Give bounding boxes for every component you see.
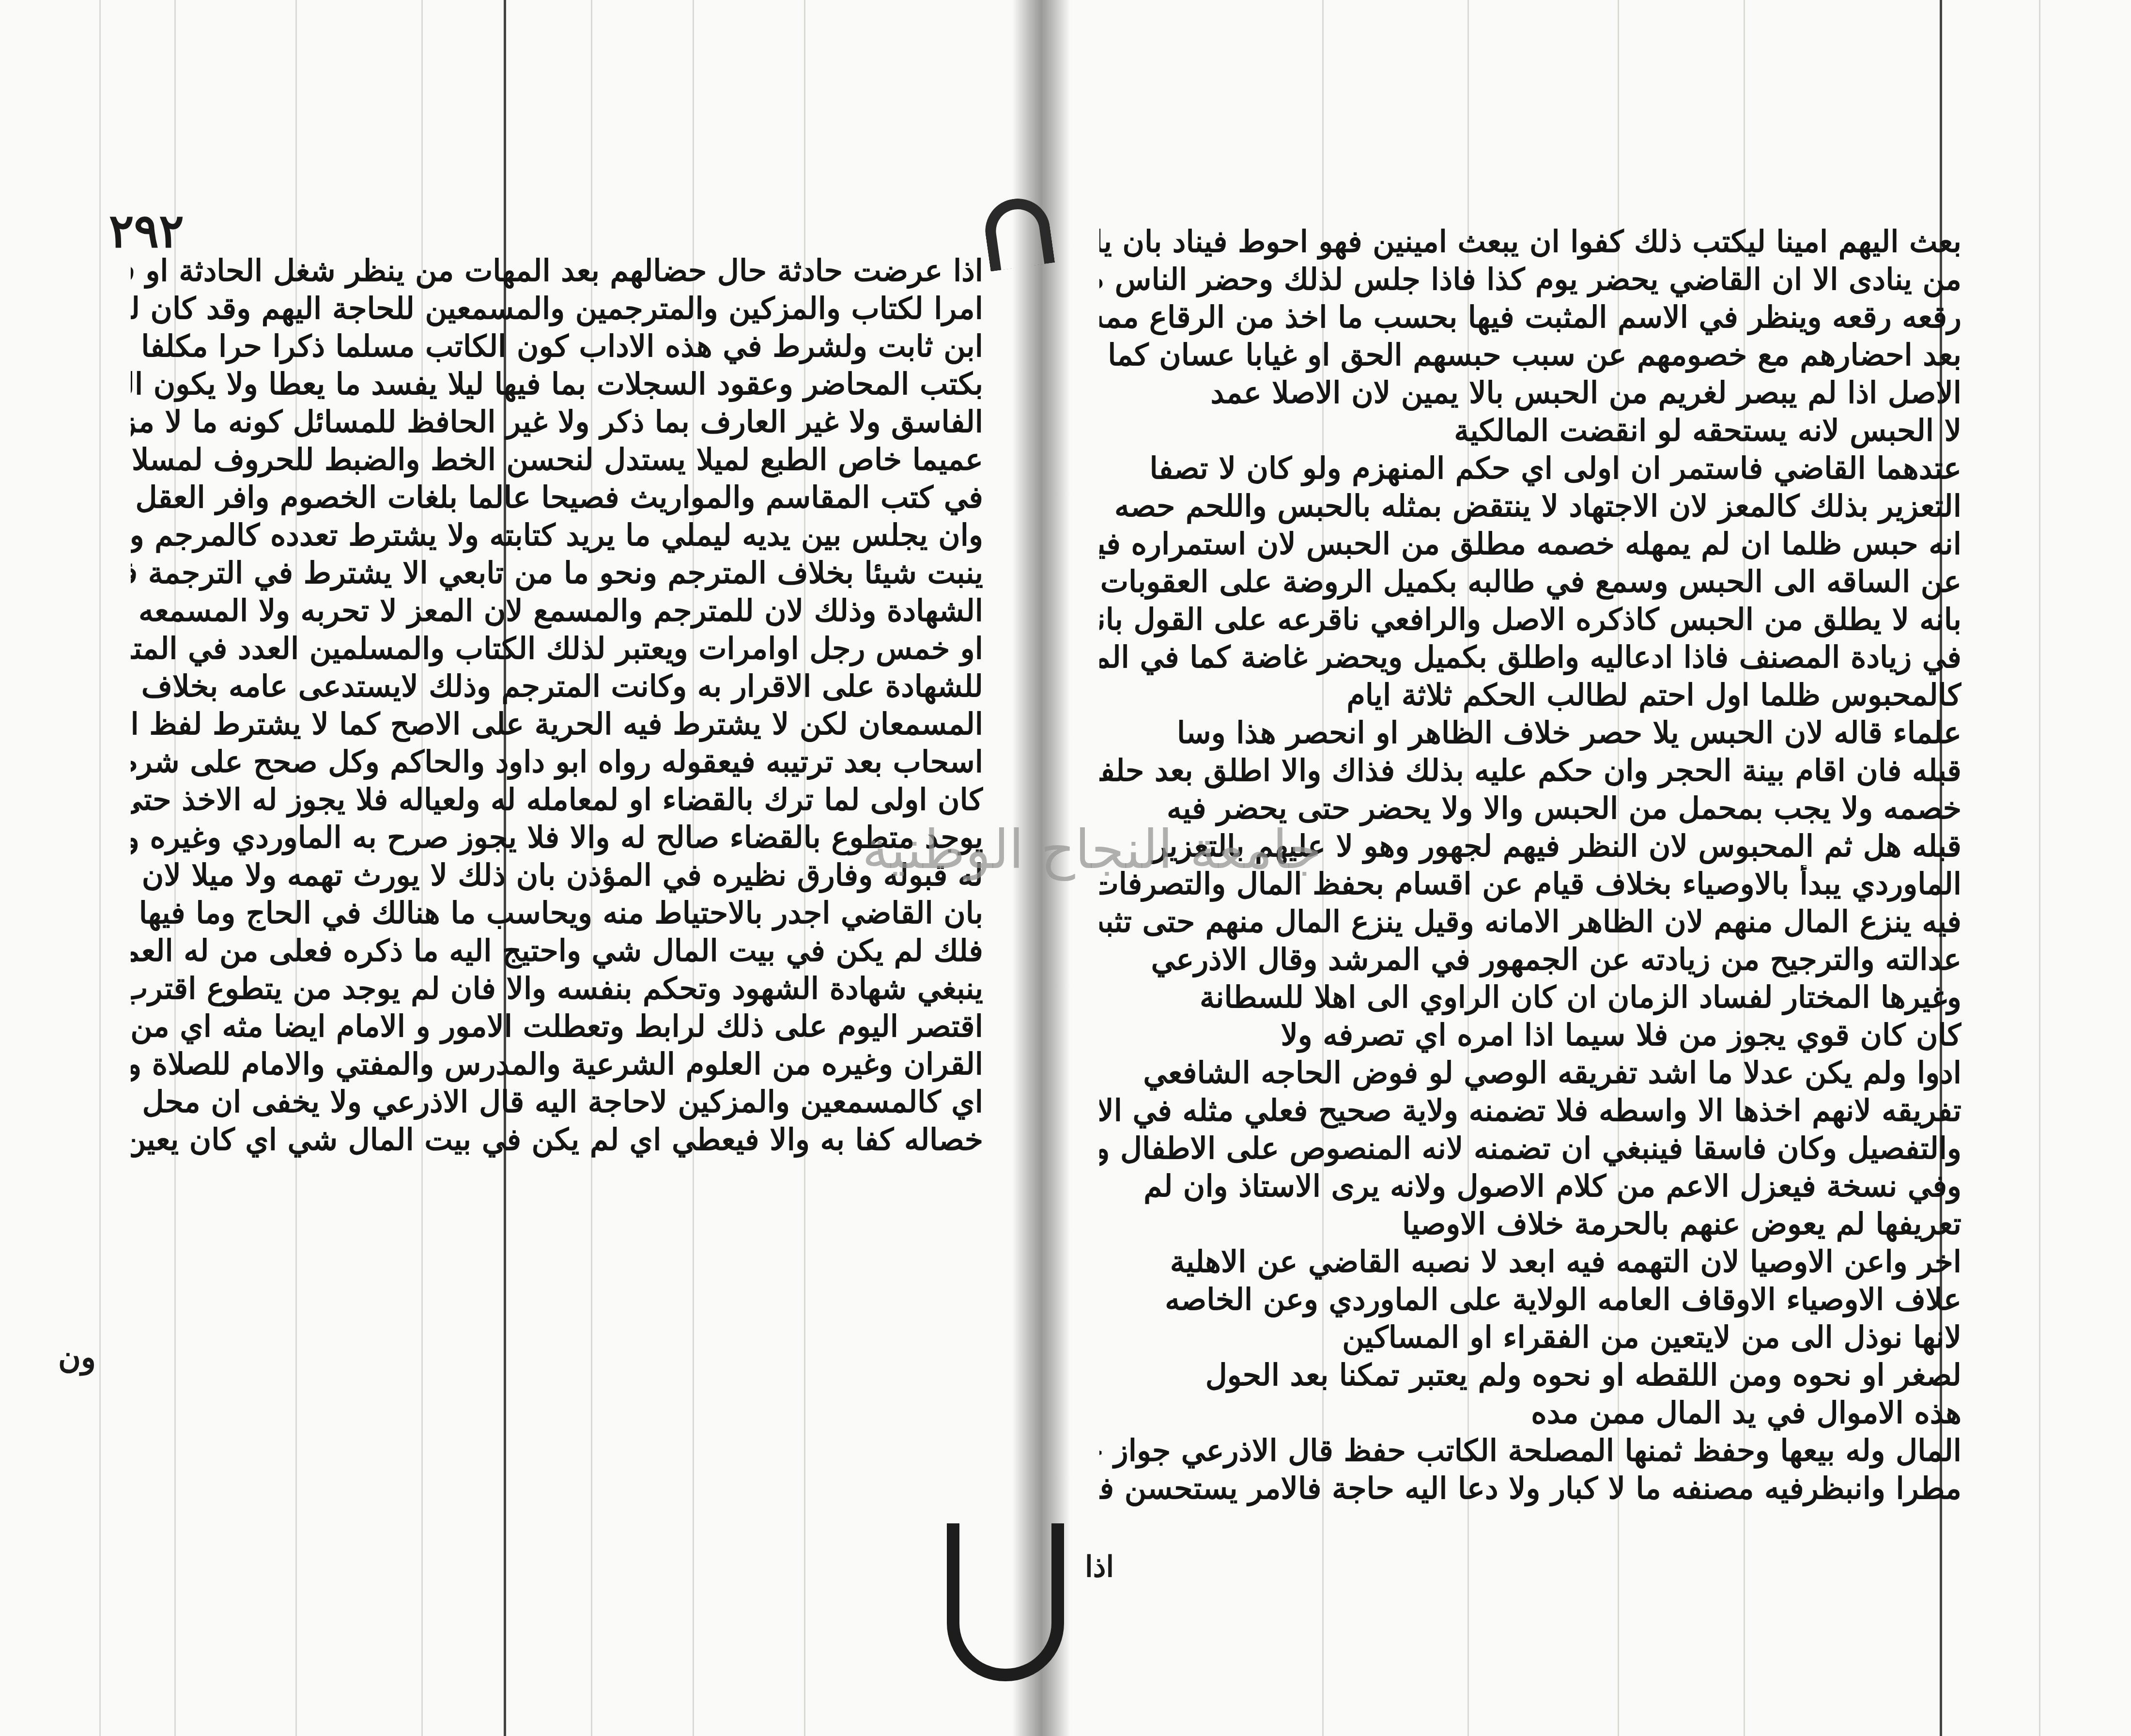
binding-thread-bottom: [947, 1523, 1064, 1681]
catchword: اذا: [1085, 1550, 1114, 1584]
ruling-line: [99, 0, 101, 1736]
text-line: بان القاضي اجدر بالاحتياط منه ويحاسب ما …: [131, 894, 983, 932]
text-line: الفاسق ولا غير العارف بما ذكر ولا غير ال…: [131, 403, 983, 441]
text-line: رقعه رقعه وينظر في الاسم المثبت فيها بحس…: [1099, 298, 1961, 336]
text-line: كان اولى لما ترك بالقضاء او لمعامله له و…: [131, 781, 983, 819]
text-line: تفريقه لانهم اخذها الا واسطه فلا تضمنه و…: [1099, 1092, 1961, 1130]
text-line: [131, 1461, 983, 1499]
text-line: علماء قاله لان الحبس يلا حصر خلاف الظاهر…: [1099, 714, 1961, 752]
text-line: يوجد متطوع بالقضاء صالح له والا فلا يجوز…: [131, 819, 983, 856]
text-line: هذه الاموال في يد المال ممن مده: [1099, 1394, 1961, 1432]
text-line: لانها نوذل الى من لايتعين من الفقراء او …: [1099, 1318, 1961, 1356]
text-line: امرا لكتاب والمزكين والمترجمين والمسمعين…: [131, 290, 983, 327]
text-line: تعريفها لم يعوض عنهم بالحرمة خلاف الاوصي…: [1099, 1205, 1961, 1243]
text-line: المسمعان لكن لا يشترط فيه الحرية على الا…: [131, 705, 983, 743]
text-line: ادوا ولم يكن عدلا ما اشد تفريقه الوصي لو…: [1099, 1054, 1961, 1092]
text-line: عميما خاص الطبع لميلا يستدل لنحسن الخط و…: [131, 441, 983, 479]
left-page-text: اذا عرضت حادثة حال حضالهم بعد المهات من …: [131, 252, 983, 1536]
text-line: [131, 1348, 983, 1385]
text-line: في زيادة المصنف فاذا ادعاليه واطلق بكميل…: [1099, 638, 1961, 676]
text-line: بعث اليهم امينا ليكتب ذلك كفوا ان يبعث ا…: [1099, 223, 1961, 261]
text-line: بانه لا يطلق من الحبس كاذكره الاصل والرا…: [1099, 601, 1961, 638]
text-line: ابن ثابت ولشرط في هذه الاداب كون الكاتب …: [131, 327, 983, 365]
text-line: عدالته والترجيح من زيادته عن الجمهور في …: [1099, 941, 1961, 978]
text-line: الشهادة وذلك لان للمترجم والمسمع لان الم…: [131, 592, 983, 630]
text-line: في كتب المقاسم والمواريث فصيحا عالما بلغ…: [131, 479, 983, 516]
text-line: مطرا وانبظرفيه مصنفه ما لا كبار ولا دعا …: [1099, 1470, 1961, 1507]
text-line: او خمس رجل اوامرات ويعتبر لذلك الكتاب وا…: [131, 630, 983, 667]
text-line: اسحاب بعد ترتيبه فيعقوله رواه ابو داود و…: [131, 743, 983, 781]
text-line: له قبوله وفارق نظيره في المؤذن بان ذلك ل…: [131, 856, 983, 894]
manuscript-scan: ٢٩٢ ون اذا عرضت حادثة حال حضالهم بعد الم…: [0, 0, 2131, 1736]
text-line: التعزير بذلك كالمعز لان الاجتهاد لا ينتق…: [1099, 487, 1961, 525]
text-line: [131, 1196, 983, 1234]
text-line: كان كان قوي يجوز من فلا سيما اذا امره اي…: [1099, 1016, 1961, 1054]
text-line: قبله فان اقام بينة الحجر وان حكم عليه بذ…: [1099, 752, 1961, 790]
text-line: علاف الاوصياء الاوقاف العامه الولاية على…: [1099, 1281, 1961, 1318]
text-line: [131, 1234, 983, 1272]
text-line: [131, 1159, 983, 1196]
text-line: انه حبس ظلما ان لم يمهله خصمه مطلق من ال…: [1099, 525, 1961, 563]
text-line: فيه ينزع المال منهم لان الظاهر الامانه و…: [1099, 903, 1961, 941]
text-line: بعد احضارهم مع خصومهم عن سبب حبسهم الحق …: [1099, 336, 1961, 374]
text-line: [131, 1423, 983, 1461]
text-line: اي كالمسمعين والمزكين لاحاجة اليه قال ال…: [131, 1083, 983, 1121]
text-line: كالمحبوس ظلما اول احتم لطالب الحكم ثلاثة…: [1099, 676, 1961, 714]
text-line: فلك لم يكن في بيت المال شي واحتيج اليه م…: [131, 932, 983, 970]
text-line: [131, 1385, 983, 1423]
text-line: اخر واعن الاوصيا لان التهمه فيه ابعد لا …: [1099, 1243, 1961, 1281]
text-line: لا الحبس لانه يستحقه لو انقضت المالكية: [1099, 412, 1961, 449]
text-line: بكتب المحاضر وعقود السجلات بما فيها ليلا…: [131, 365, 983, 403]
text-line: وفي نسخة فيعزل الاعم من كلام الاصول ولان…: [1099, 1167, 1961, 1205]
text-line: القران وغيره من العلوم الشرعية والمدرس و…: [131, 1045, 983, 1083]
text-line: والتفصيل وكان فاسقا فينبغي ان تضمنه لانه…: [1099, 1130, 1961, 1167]
page-number: ٢٩٢: [109, 203, 184, 258]
text-line: [131, 1499, 983, 1536]
text-line: عن الساقه الى الحبس وسمع في طالبه بكميل …: [1099, 563, 1961, 601]
text-line: خصاله كفا به والا فيعطي اي لم يكن في بيت…: [131, 1121, 983, 1159]
margin-note: ون: [58, 1339, 96, 1376]
text-line: عتدهما القاضي فاستمر ان اولى اي حكم المن…: [1099, 449, 1961, 487]
text-line: [131, 1272, 983, 1310]
text-line: للشهادة على الاقرار به وكانت المترجم وذل…: [131, 667, 983, 705]
text-line: اذا عرضت حادثة حال حضالهم بعد المهات من …: [131, 252, 983, 290]
text-line: اقتصر اليوم على ذلك لرابط وتعطلت الامور …: [131, 1007, 983, 1045]
text-line: لصغر او نحوه ومن اللقطه او نحوه ولم يعتب…: [1099, 1356, 1961, 1394]
text-line: الاصل اذا لم يبصر لغريم من الحبس بالا يم…: [1099, 374, 1961, 412]
text-line: [131, 1310, 983, 1348]
text-line: وان يجلس بين يديه ليملي ما يريد كتابته و…: [131, 516, 983, 554]
text-line: ينبت شيئا بخلاف المترجم ونحو ما من تابعي…: [131, 554, 983, 592]
text-line: ينبغي شهادة الشهود وتحكم بنفسه والا فان …: [131, 970, 983, 1007]
text-line: المال وله بيعها وحفظ ثمنها المصلحة الكات…: [1099, 1432, 1961, 1470]
watermark: جامعة النجاح الوطنية: [862, 819, 1322, 881]
text-line: وغيرها المختار لفساد الزمان ان كان الراو…: [1099, 978, 1961, 1016]
ruling-line: [2039, 0, 2040, 1736]
text-line: من ينادى الا ان القاضي يحضر يوم كذا فاذا…: [1099, 261, 1961, 298]
